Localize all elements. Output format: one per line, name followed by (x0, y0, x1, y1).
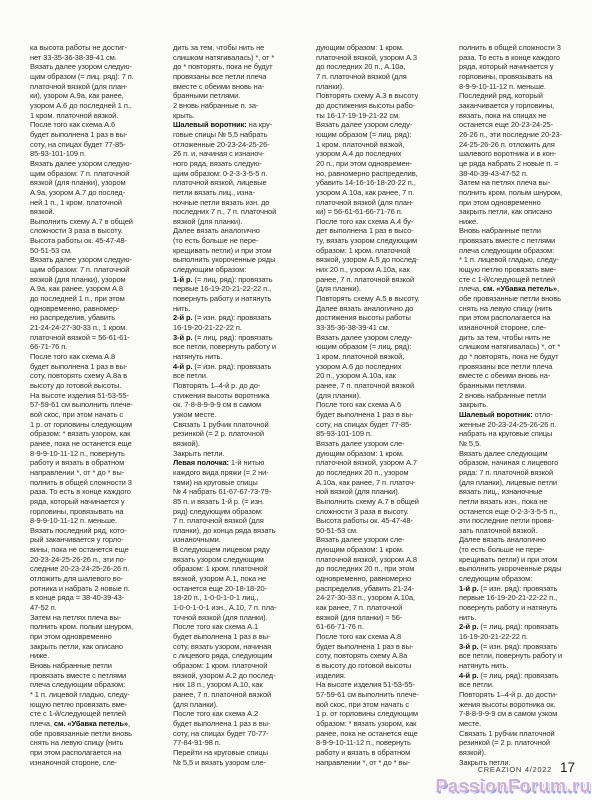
text-line: Связать 1 рубчик платочной (173, 420, 287, 430)
text-line: ранее, пока не останется еще (316, 729, 430, 739)
text-line: следующим образом: (173, 265, 287, 275)
text-line: дующим образом: 1 кром. (316, 449, 430, 459)
bold-text: 1-й р. (173, 275, 192, 284)
text-line: Затем на петлях плеча вы- (459, 178, 573, 188)
text-line: 24-25-26-26 п. отложить для (459, 140, 573, 150)
text-line: жения высоты воротника ок. (459, 700, 573, 710)
text-line: образом: 1 кром. платочной (173, 661, 287, 671)
text-line: при этом одновременно (459, 198, 573, 208)
text-line: горловины, провязывать на (459, 72, 573, 82)
text-line: ряд) следующим образом: (173, 507, 287, 517)
text-line: вины, пока не останется еще (30, 545, 144, 555)
text-line: направлении *, от * до * вы- (30, 468, 144, 478)
text-line: убавить 14-16-16-18-20-22 п., (316, 178, 430, 188)
text-line: обе провязанные петли вновь (459, 294, 573, 304)
page-footer: CREAZION 4/2022 17 (478, 760, 575, 775)
text-line: Последний ряд, который (459, 91, 573, 101)
text-line: вязкой, узором А.1, пока не (173, 574, 287, 584)
text-line: плеча следующим образом: (30, 680, 144, 690)
text-line: 20 п., узором А.10а, как (316, 371, 430, 381)
text-line: вязкой). (173, 439, 287, 449)
text-line: Повторять схему А.3 в высоту (316, 91, 430, 101)
text-line: Повторять схему А.5 в высоту. (316, 294, 430, 304)
text-line: Вязать далее узором следу- (316, 333, 430, 343)
text-line: но, равномерно распределив, (316, 169, 430, 179)
text-line: повернуть работу и натянуть (173, 294, 287, 304)
text-line: Выполнить схему А.7 в общей (30, 217, 144, 227)
text-line: 47-52 п. (30, 603, 144, 613)
text-line: нет 33-35-36-38-39-41 см. (30, 53, 144, 63)
text-line: первые 16-19-20-21-22-22 п., (173, 284, 287, 294)
text-line: ротника и набрать 2 новые п. (30, 584, 144, 594)
text-line: провязаны все петли плеча (173, 72, 287, 82)
text-line: дет выполнена 1 раз в высо- (316, 226, 430, 236)
text-line: полнить кром. полым шнуром, (459, 188, 573, 198)
text-line: Вязать далее узором следу- (316, 120, 430, 130)
text-line: повернуть работу и натянуть (459, 603, 573, 613)
text-line: вместе с обеими вновь на- (459, 371, 573, 381)
text-line: 8-9-9-10-11-12 п., повернуть (316, 738, 430, 748)
text-line: планки). (316, 82, 430, 92)
text-line: узором А.4 до последних (316, 149, 430, 159)
text-line: ранее, 7 п. платочной вязкой (316, 275, 430, 285)
bold-text: 3-й р. (459, 642, 478, 651)
text-line: как ранее, 7 п. платочной (316, 603, 430, 613)
text-line: 7 п. платочной вязкой (для (316, 72, 430, 82)
text-line: изнаночной стороне, сле- (459, 323, 573, 333)
text-line: ющим образом (= лиц. ряд): (316, 130, 430, 140)
text-line: Выполнить схему А.7 в общей (316, 497, 430, 507)
text-line: работу и вязать в обратном (316, 748, 430, 758)
text-line: сложности 3 раза в высоту. (30, 226, 144, 236)
text-line: женные 20-23-24-25-26-26 п. (459, 420, 573, 430)
text-line: направлении *, от * до * вы- (316, 758, 430, 768)
text-line: дующим образом: 1 кром. (316, 545, 430, 555)
text-line: достижения высоты работы (316, 313, 430, 323)
text-line: отложить для шалевого во- (30, 574, 144, 584)
text-line: ющую петлю провязать вме- (459, 265, 573, 275)
text-line: платочной вязкой, узором А.8 (316, 555, 430, 565)
bold-text: 4-й р. (173, 362, 192, 371)
text-line: 85 п. и вязать 1-й р. (= изн. (173, 497, 287, 507)
text-column-4: полнить в общей сложности 3раза. То есть… (459, 43, 573, 767)
text-line: тями) на круговые спицы (173, 478, 287, 488)
text-line: узором А.6 до последней 1 п., (30, 101, 144, 111)
text-line: 18-20 п., 1-0-0-1-0-1 лиц., (173, 593, 287, 603)
text-line: Вязать далее узором сле- (316, 535, 430, 545)
text-line: ка высота работы не достиг- (30, 43, 144, 53)
text-line: Шалевый воротник: на кру- (173, 120, 287, 130)
text-line: щим образом: 0-2-3-3-5-5 п. (173, 169, 287, 179)
text-line: крещивать петли) и при этом (459, 555, 573, 565)
text-line: все петли, повернуть работу и (459, 651, 573, 661)
text-line: ряда, который начинается у (30, 497, 144, 507)
text-line: сте с 1-й/следующей петлей (459, 275, 573, 285)
text-line: ночные петли вязать изн. до (173, 198, 287, 208)
text-line: раза. То есть в конце каждого (459, 53, 573, 63)
text-line: ной вязкой (для планки). (316, 487, 430, 497)
text-line: ряда: 7 п. платочной вязкой (459, 468, 573, 478)
text-line: 57-59-61 см выполнить плече- (316, 690, 430, 700)
text-line: вой скос, при этом начать с (30, 410, 144, 420)
text-line: Вязать последний ряд, кото- (30, 526, 144, 536)
text-line: Далее вязать аналогично до (316, 304, 430, 314)
text-line: (для планки). (316, 391, 430, 401)
text-line: (то есть больше не пере- (173, 236, 287, 246)
text-line: образом: 1 кром. платочной (316, 246, 430, 256)
text-line: каждого вида пряжи (= 2 ни- (173, 468, 287, 478)
text-line: натянуть нить. (459, 661, 573, 671)
text-line: ниже. (459, 217, 573, 227)
text-line: ки), узором А.9а, как ранее, (30, 91, 144, 101)
text-line: соту, повторять схему А.8а (316, 651, 430, 661)
text-line: После того как схема А.4 бу- (316, 217, 430, 227)
text-line: 4-й р. (= изн. ряд): провязать (173, 362, 287, 372)
text-line: будет выполнена 1 раз в вы- (173, 719, 287, 729)
bold-text: Левая полочка: (173, 458, 229, 467)
text-line: вязкой. (30, 207, 144, 217)
text-line: вязать лиц., изнаночные (459, 487, 573, 497)
text-line: платочной вязкой = 56-61-61- (30, 333, 144, 343)
text-line: 57-59-61 см выполнить плече- (30, 400, 144, 410)
magazine-title: CREAZION 4/2022 (478, 765, 552, 774)
text-line: шалевого воротника и в кон- (459, 149, 573, 159)
text-line: 1 кром. платочной вязкой. (30, 111, 144, 121)
text-line: останется еще 0-2-3-3-5-5 п., (459, 507, 573, 517)
text-line: 1 р. от горловины следующим (30, 420, 144, 430)
text-line: * 1 п. лицевой гладью, следу- (30, 690, 144, 700)
text-line: все петли. (459, 680, 573, 690)
bold-text: 4-й р. (459, 671, 478, 680)
text-line: полнить кром. полым шнуром, (30, 622, 144, 632)
text-line: в высоту до готовой высоты (316, 661, 430, 671)
text-line: бранными петлями. (173, 91, 287, 101)
text-line: все петли. (173, 371, 287, 381)
text-line: 7 п. платочной вязкой (для (173, 516, 287, 526)
text-line: 38-40-39-43-47-52 п. (459, 169, 573, 179)
text-line: эти последние петли провя- (459, 516, 573, 526)
text-line: будет выполнена 1 раз в вы- (316, 410, 430, 420)
text-line: вязкой (для планки) = 56- (316, 613, 430, 623)
text-line: закрыть петли, как описано (459, 207, 573, 217)
text-line: После того как схема А.8 (316, 632, 430, 642)
text-line: до последней 1 п., при этом (30, 294, 144, 304)
text-line: крыть. (173, 111, 287, 121)
text-line: 26 п. и, начиная с изнаноч- (173, 149, 287, 159)
text-line: ранее, 7 п. платочной вязкой (173, 690, 287, 700)
text-line: ней 1 п., 1 кром. платочной (30, 198, 144, 208)
text-line: После того как схема А.1 (173, 622, 287, 632)
text-line: изделия. (316, 671, 430, 681)
text-line: 8-9-9-10-11-12 п., повернуть (30, 449, 144, 459)
text-line: с лицевого ряда, следующим (173, 651, 287, 661)
text-columns: ка высота работы не достиг-нет 33-35-36-… (30, 43, 573, 767)
text-line: будет выполнена 1 раз в вы- (173, 632, 287, 642)
text-line: 21-24-24-27-30-33 п., 1 кром. (30, 323, 144, 333)
bold-text: 3-й р. (173, 333, 192, 342)
text-line: одновременно, равномерно (316, 574, 430, 584)
text-line: дить за тем, чтобы нить не (459, 333, 573, 343)
text-line: них 18 п., узором А.10, как (173, 680, 287, 690)
text-line: вязкой (для планки), узором (30, 178, 144, 188)
text-line: рый заканчивается у горло- (30, 535, 144, 545)
text-line: плеча следующим образом: (459, 246, 573, 256)
text-line: ющим образом (= лиц. ряд): (316, 342, 430, 352)
text-line: распределив, убавить 21-24- (316, 584, 430, 594)
text-line: Затем на петлях плеча вы- (30, 613, 144, 623)
text-line: 61-66-71-76 п. (316, 622, 430, 632)
text-line: Шалевый воротник: отло- (459, 410, 573, 420)
text-line: образом: * вязать узором, как (316, 719, 430, 729)
text-line: 2 вновь набранные п. за- (173, 101, 287, 111)
text-line: 85-93-101-109 п. (30, 149, 144, 159)
text-line: Высота работы ок. 45-47-48- (30, 236, 144, 246)
text-line: Высота работы ок. 45-47-48- (316, 516, 430, 526)
text-line: последних 7 п., 7 п. платочной (173, 207, 287, 217)
text-line: ки) = 56-61-61-66-71-76 п. (316, 207, 430, 217)
text-line: 1-й р. (= изн. ряд): провязать (459, 584, 573, 594)
text-line: выполнить укороченные ряды (459, 564, 573, 574)
text-line: 24-27-30-33 п., узором А.10а, (316, 593, 430, 603)
text-line: 8-9-9-10-11-12 п. меньше. (459, 82, 573, 92)
text-line: до последних 20 п., при этом (316, 564, 430, 574)
text-line: узком месте. (173, 410, 287, 420)
bold-text: 2-й р. (173, 313, 192, 322)
text-line: Левая полочка: 1-й нитью (173, 458, 287, 468)
text-line: слишком натягивалась) *, от * (173, 53, 287, 63)
text-line: После того как схема А.6 (30, 120, 144, 130)
text-line: полнить в общей сложности 3 (30, 478, 144, 488)
text-line: нить. (459, 613, 573, 623)
text-line: набрать на круговые спицы (459, 429, 573, 439)
text-line: закрыть петли, как описано (30, 642, 144, 652)
text-line: 20 п., при этом одновремен- (316, 159, 430, 169)
text-line: образом: * вязать узором, как (30, 429, 144, 439)
text-line: платочной вязкой (для план- (30, 82, 144, 92)
text-line: вязать узором следующим (173, 555, 287, 565)
text-line: ющую петлю провязать вме- (30, 700, 144, 710)
text-line: 8-9-9-10-11-12 п. меньше. (30, 516, 144, 526)
text-line: вязкой, узором А.2 до послед- (173, 671, 287, 681)
text-line: ного ряда, вязать следую- (173, 159, 287, 169)
text-line: нить. (173, 304, 287, 314)
text-line: А.10а, как ранее, 7 п. платоч- (316, 478, 430, 488)
text-line: ты 16-17-19-19-21-22 см. (316, 111, 430, 121)
text-line: зать платочной вязкой. (459, 526, 573, 536)
text-line: сте с 1-й/следующей петлей (30, 709, 144, 719)
text-line: до последних 20 п., узором (316, 468, 430, 478)
text-line: 1 кром. платочной вязкой, (316, 140, 430, 150)
text-line: бранными петлями. (459, 381, 573, 391)
text-line: Связать 1 рубчик платочной (459, 729, 573, 739)
text-line: раза. То есть в конце каждого (30, 487, 144, 497)
text-line: месте. (459, 719, 573, 729)
magazine-page: ка высота работы не достиг-нет 33-35-36-… (0, 0, 592, 800)
text-line: 50-51-53 см. (30, 246, 144, 256)
text-line: ту, вязать узором следующим (316, 236, 430, 246)
text-column-2: дить за тем, чтобы нить неслишком натяги… (173, 43, 287, 767)
text-line: закрыть. (459, 400, 573, 410)
text-line: высоту до готовой высоты. (30, 381, 144, 391)
text-line: вместе с обеими вновь на- (173, 82, 287, 92)
bold-text: см. «Убавка петель» (483, 284, 557, 293)
text-line: платочной вязкой (для план- (316, 198, 430, 208)
text-line: будет выполнена 1 раз в вы- (316, 642, 430, 652)
text-line: щим образом: 7 п. платочной (30, 169, 144, 179)
text-line: платочной вязкой, лицевые (173, 178, 287, 188)
bold-text: 1-й р. (459, 584, 478, 593)
text-line: дить за тем, чтобы нить не (173, 43, 287, 53)
text-line: отложенные 20-23-24-25-26- (173, 140, 287, 150)
text-line: вязкой (для планки). (173, 217, 287, 227)
text-line: ряда, который начинается у (459, 62, 573, 72)
text-line: плеча, см. «Убавка петель», (459, 284, 573, 294)
text-line: № 5,5. (459, 439, 573, 449)
text-line: петли вязать лиц., изна- (173, 188, 287, 198)
text-line: 4-й р. (= лиц. ряд): провязать (459, 671, 573, 681)
text-line: дующим образом: 1 кром. (316, 43, 430, 53)
watermark-text: PassionForum.ru (435, 776, 591, 797)
text-line: точной вязкой (для планки). (173, 613, 287, 623)
text-line: говые спицы № 5,5 набрать (173, 130, 287, 140)
text-line: обе провязанные петли вновь (30, 729, 144, 739)
text-line: соту, вязать узором, начиная (173, 642, 287, 652)
text-line: узором А.10а, как ранее, 7 п. (316, 188, 430, 198)
text-line: 2 вновь набранные петли (459, 391, 573, 401)
text-line: при этом располагается на (30, 748, 144, 758)
bold-text: см. «Убавка петель» (54, 719, 128, 728)
text-line: будет выполнена 1 раз в вы- (30, 362, 144, 372)
text-line: платочной вязкой, узором А.3 (316, 53, 430, 63)
text-line: Далее вязать аналогично (173, 226, 287, 236)
text-line: ок. 7-8-8-9-9-9 см в самом (173, 400, 287, 410)
text-line: После того как схема А.8 (30, 352, 144, 362)
text-line: крещивать петли) и при этом (173, 246, 287, 256)
text-line: изнаночной стороне, сле- (30, 758, 144, 768)
text-line: следние 20-23-24-25-26-26 п. (30, 564, 144, 574)
text-line: А.9а, как ранее, узором А.8 (30, 284, 144, 294)
text-line: все петли, повернуть работу и (173, 342, 287, 352)
text-line: 85-93-101-109 п. (316, 429, 430, 439)
text-line: 3-й р. (= изн. ряд): провязать (459, 642, 573, 652)
text-line: Вязать далее следующим (459, 449, 573, 459)
text-line: 26-26 п., эти последние 20-23- (459, 130, 573, 140)
text-line: но распределив, убавить (30, 313, 144, 323)
text-line: них 20 п., узором А.10а, как (316, 265, 430, 275)
text-line: ниже. (30, 651, 144, 661)
text-line: № 5,5 и вязать узором сле- (173, 758, 287, 768)
text-line: образом, начиная с лицевого (459, 458, 573, 468)
text-line: Далее вязать аналогично (459, 535, 573, 545)
text-line: (для планки). (173, 700, 287, 710)
text-line: выполнить укороченные ряды (173, 255, 287, 265)
text-line: 77-84-91-98 п. (173, 738, 287, 748)
text-line: планки), до конца ряда вязать (173, 526, 287, 536)
text-line: провязаны все петли плеча (459, 362, 573, 372)
text-line: После того как схема А.6 (316, 400, 430, 410)
text-line: ранее, 7 п. платочной вязкой (316, 381, 430, 391)
text-line: (для планки), лицевые петли (459, 478, 573, 488)
text-line: 16-19-20-21-22-22 п. (173, 323, 287, 333)
text-line: Перейти на круговые спицы (173, 748, 287, 758)
text-line: при этом располагается на (459, 313, 573, 323)
bold-text: Шалевый воротник: (173, 120, 247, 129)
text-line: сложности 3 раза в высоту. (316, 507, 430, 517)
text-line: в конце ряда = 38-40-39-43- (30, 593, 144, 603)
text-line: образом: 1 кром. платочной (173, 564, 287, 574)
text-line: Вновь набранные петли (30, 661, 144, 671)
text-line: первые 16-19-20-21-22-22 п., (459, 593, 573, 603)
text-line: На высоте изделия 51-53-55- (316, 680, 430, 690)
text-line: вой скос, при этом начать с (316, 700, 430, 710)
text-line: соту, на спицах будет 70-77- (173, 729, 287, 739)
text-line: Повторять 1–4-й р. до до- (173, 381, 287, 391)
text-line: при этом одновременно (30, 632, 144, 642)
text-line: 33-35-36-38-39-41 см. (316, 323, 430, 333)
text-line: 2-й р. (= лиц. ряд): провязать (459, 622, 573, 632)
text-line: до достижения высоты рабо- (316, 101, 430, 111)
text-line: щим образом (= лиц. ряд): 7 п. (30, 72, 144, 82)
text-line: Вязать далее узором сле- (316, 439, 430, 449)
text-line: 7-8-8-9-9-9 см в самом узком (459, 709, 573, 719)
text-line: стижения высоты воротника (173, 391, 287, 401)
text-line: № 4 набрать 61-67-67-73-79- (173, 487, 287, 497)
text-line: 20-23-24-25-26-26 п., эти по- (30, 555, 144, 565)
text-line: соту, повторять схему А.8а в (30, 371, 144, 381)
text-line: снять на левую спицу (нить (30, 738, 144, 748)
text-line: * 1 п. лицевой гладью, следу- (459, 255, 573, 265)
text-line: 16-19-20-21-22-22 п. (459, 632, 573, 642)
text-line: горловины, провязывать на (30, 507, 144, 517)
text-line: 1-0-0-1-0-1 изн., А.10, 7 п. пла- (173, 603, 287, 613)
text-line: до последних 20 п., А.10а, (316, 62, 430, 72)
text-line: соту, на спицах будет 77-85- (316, 420, 430, 430)
text-line: Закрыть петли. (173, 449, 287, 459)
text-line: це ряда набрать 2 новые п. = (459, 159, 573, 169)
text-line: соту, на спицах будет 77-85- (30, 140, 144, 150)
text-line: 3-й р. (= лиц. ряд): провязать (173, 333, 287, 343)
text-line: заканчивается у горловины, (459, 101, 573, 111)
text-line: вязкой). (459, 748, 573, 758)
text-line: резинкой (= 2 р. платочной (459, 738, 573, 748)
text-line: изнаночными. (173, 535, 287, 545)
text-line: будет выполнена 1 раз в вы- (30, 130, 144, 140)
text-line: плеча, см. «Убавка петель», (30, 719, 144, 729)
text-line: 66-71-76 п. (30, 342, 144, 352)
text-line: полнить в общей сложности 3 (459, 43, 573, 53)
text-column-1: ка высота работы не достиг-нет 33-35-36-… (30, 43, 144, 767)
text-line: Повторять 1–4-й р. до дости- (459, 690, 573, 700)
text-line: до * повторять, пока не будут (173, 62, 287, 72)
text-line: петли вязать изн., пока не (459, 497, 573, 507)
text-line: останется еще 20-23-24-25- (459, 120, 573, 130)
text-line: узором А.6 до последних (316, 362, 430, 372)
text-line: щим образом: 7 п. платочной (30, 265, 144, 275)
text-line: А.9а, узором А.7 до послед- (30, 188, 144, 198)
text-line: провязать вместе с петлями (459, 236, 573, 246)
text-line: вязкой, узором А.5 до послед- (316, 255, 430, 265)
text-line: слишком натягивалась) *, от * (459, 342, 573, 352)
text-line: (то есть больше не пере- (459, 545, 573, 555)
text-line: 2-й р. (= изн. ряд): провязать (173, 313, 287, 323)
text-line: вязкой (для планки), узором (30, 275, 144, 285)
text-line: Вновь набранные петли (459, 226, 573, 236)
text-line: Вязать далее узором следую- (30, 159, 144, 169)
text-line: работу и вязать в обратном (30, 458, 144, 468)
text-line: провязать вместе с петлями (30, 671, 144, 681)
text-column-3: дующим образом: 1 кром.платочной вязкой,… (316, 43, 430, 767)
text-line: резинкой (= 2 р. платочной (173, 429, 287, 439)
